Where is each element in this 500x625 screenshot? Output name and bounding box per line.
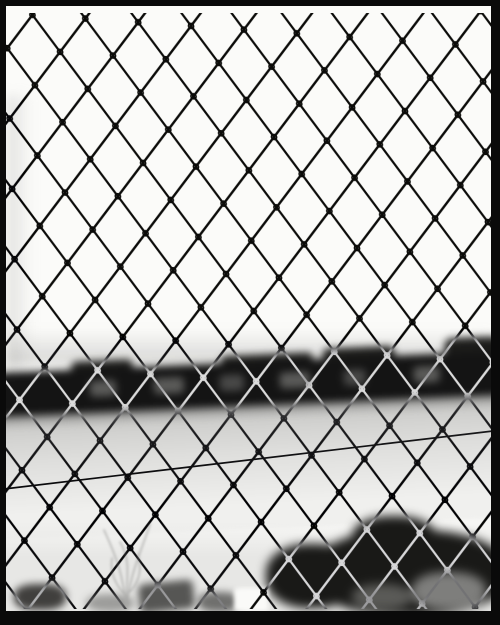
- photo-frame: [0, 0, 500, 625]
- photograph: [6, 6, 491, 611]
- fence-mesh: [6, 13, 491, 609]
- chain-link-fence: [6, 13, 491, 609]
